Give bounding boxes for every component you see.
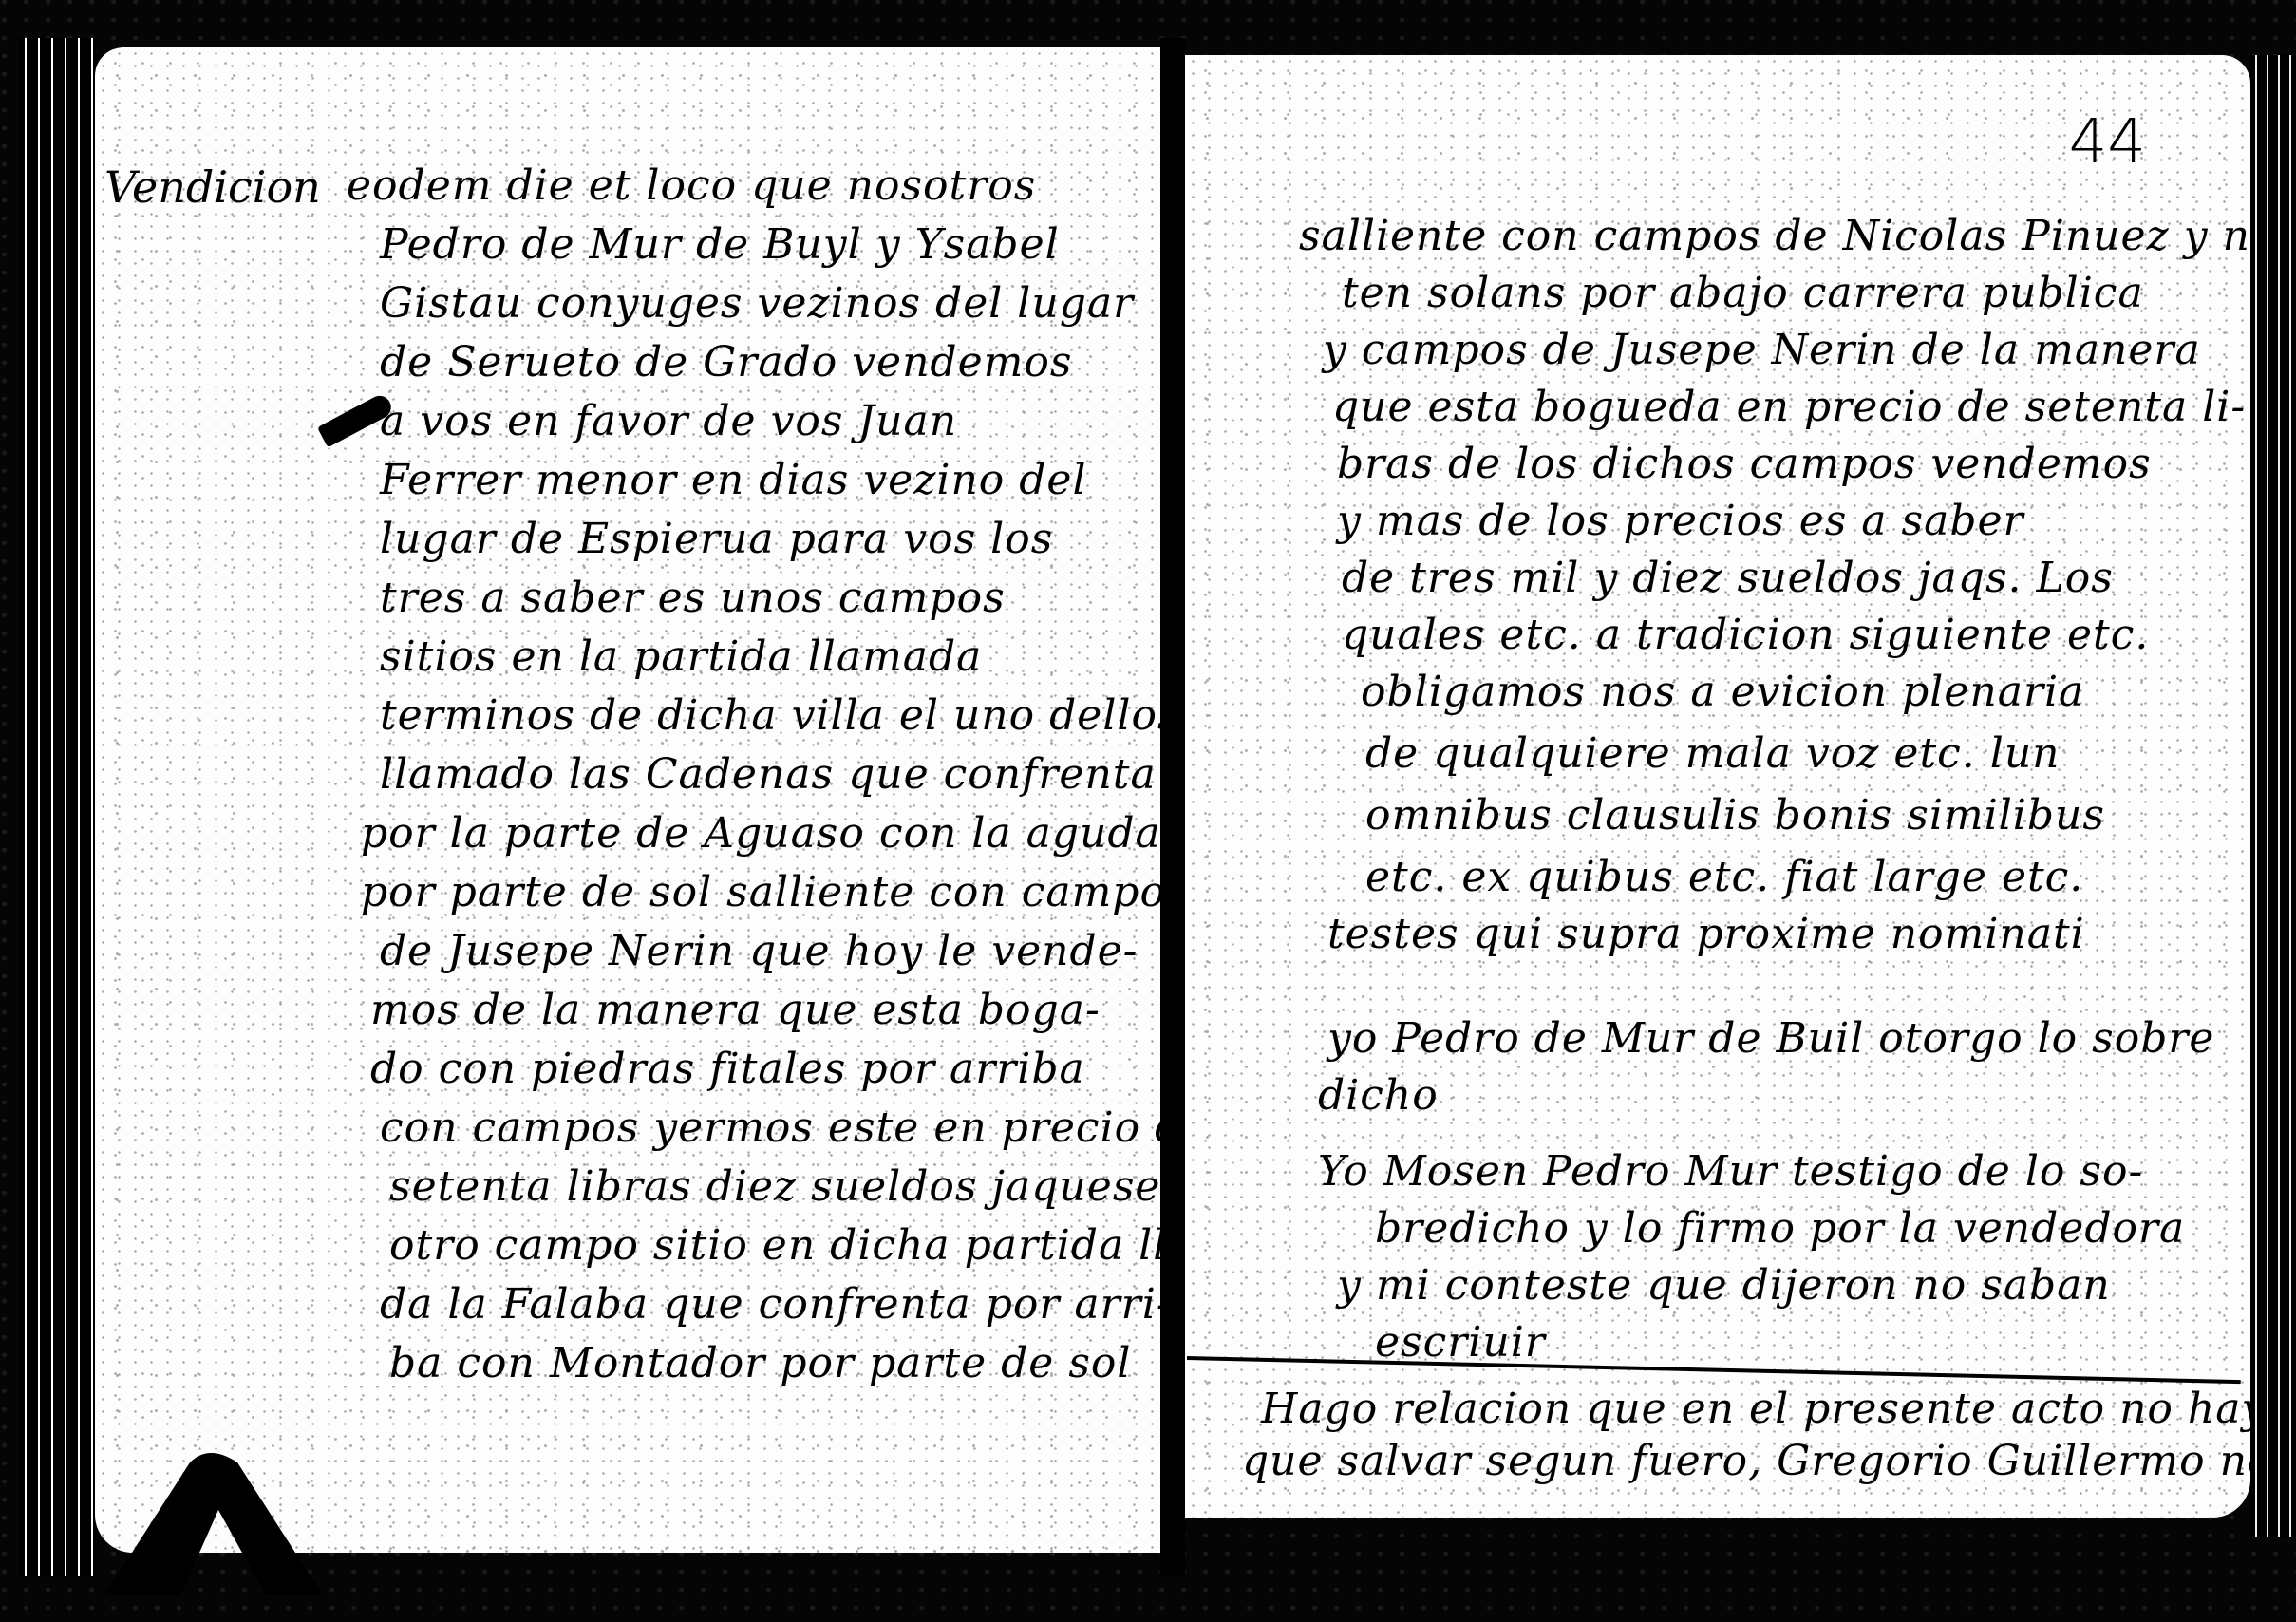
left-page: Vendicion eodem die et loco que nosotros…	[95, 47, 1160, 1553]
text-line: con campos yermos este en precio de	[380, 1103, 1160, 1152]
book-page-edges-left	[19, 38, 95, 1576]
text-line: de Serueto de Grado vendemos	[380, 338, 1072, 387]
text-line: salliente con campos de Nicolas Pinuez y…	[1299, 212, 2250, 260]
text-line: y mas de los precios es a saber	[1337, 497, 2024, 545]
text-line: ba con Montador por parte de sol	[389, 1339, 1131, 1387]
text-line: bras de los dichos campos vendemos	[1337, 440, 2152, 488]
text-line: tres a saber es unos campos	[380, 574, 1006, 622]
footer-line: Hago relacion que en el presente acto no…	[1261, 1385, 2250, 1433]
footer-line: que salvar segun fuero, Gregorio Guiller…	[1242, 1437, 2250, 1485]
text-line: y campos de Jusepe Nerin de la manera	[1323, 326, 2201, 374]
text-line: que esta bogueda en precio de setenta li…	[1332, 383, 2246, 431]
text-line: setenta libras diez sueldos jaqueses	[389, 1162, 1160, 1211]
text-line: eodem die et loco que nosotros	[347, 161, 1036, 210]
signature-line: y mi conteste que dijeron no saban	[1337, 1261, 2111, 1310]
text-line: obligamos nos a evicion plenaria	[1361, 668, 2084, 716]
text-line: ten solans por abajo carrera publica	[1342, 269, 2144, 317]
text-line: quales etc. a tradicion siguiente etc.	[1342, 611, 2149, 659]
text-line: a vos en favor de vos Juan	[380, 397, 957, 445]
book-clip-shadow	[104, 1405, 323, 1595]
text-line: mos de la manera que esta boga-	[370, 986, 1101, 1034]
folio-number: 44	[2069, 107, 2146, 178]
text-line: sitios en la partida llamada	[380, 632, 982, 681]
text-line: testes qui supra proxime nominati	[1327, 910, 2085, 958]
text-line: de qualquiere mala voz etc. lun	[1365, 729, 2061, 778]
text-line: otro campo sitio en dicha partida llama	[389, 1221, 1160, 1270]
signature-line: yo Pedro de Mur de Buil otorgo lo sobre	[1327, 1014, 2214, 1063]
signature-line: dicho	[1318, 1071, 1439, 1120]
signature-line: bredicho y lo firmo por la vendedora	[1375, 1204, 2185, 1253]
text-line: llamado las Cadenas que confrenta	[380, 750, 1157, 799]
signature-line: Yo Mosen Pedro Mur testigo de lo so-	[1318, 1147, 2143, 1196]
margin-note-vendicion: Vendicion	[104, 161, 321, 213]
text-line: por la parte de Aguaso con la aguda	[361, 809, 1160, 858]
text-line: omnibus clausulis bonis similibus	[1365, 791, 2105, 839]
text-line: de tres mil y diez sueldos jaqs. Los	[1342, 554, 2114, 602]
book-spine	[1160, 38, 1185, 1576]
text-line: lugar de Espierua para vos los	[380, 515, 1053, 563]
text-line: de Jusepe Nerin que hoy le vende-	[380, 927, 1139, 975]
text-line: Ferrer menor en dias vezino del	[380, 456, 1087, 504]
book-page-edges-right	[2250, 55, 2296, 1537]
text-line: etc. ex quibus etc. fiat large etc.	[1365, 853, 2083, 901]
text-line: do con piedras fitales por arriba	[370, 1045, 1085, 1093]
text-line: terminos de dicha villa el uno dellos	[380, 691, 1160, 740]
text-line: Pedro de Mur de Buyl y Ysabel	[380, 220, 1060, 269]
right-page: 44 salliente con campos de Nicolas Pinue…	[1185, 55, 2250, 1518]
text-line: por parte de sol salliente con campo	[361, 868, 1160, 916]
text-line: da la Falaba que confrenta por arri-	[380, 1280, 1160, 1329]
signature-line: escriuir	[1375, 1318, 1546, 1367]
text-line: Gistau conyuges vezinos del lugar	[380, 279, 1134, 328]
separator-rule	[1187, 1356, 2241, 1384]
